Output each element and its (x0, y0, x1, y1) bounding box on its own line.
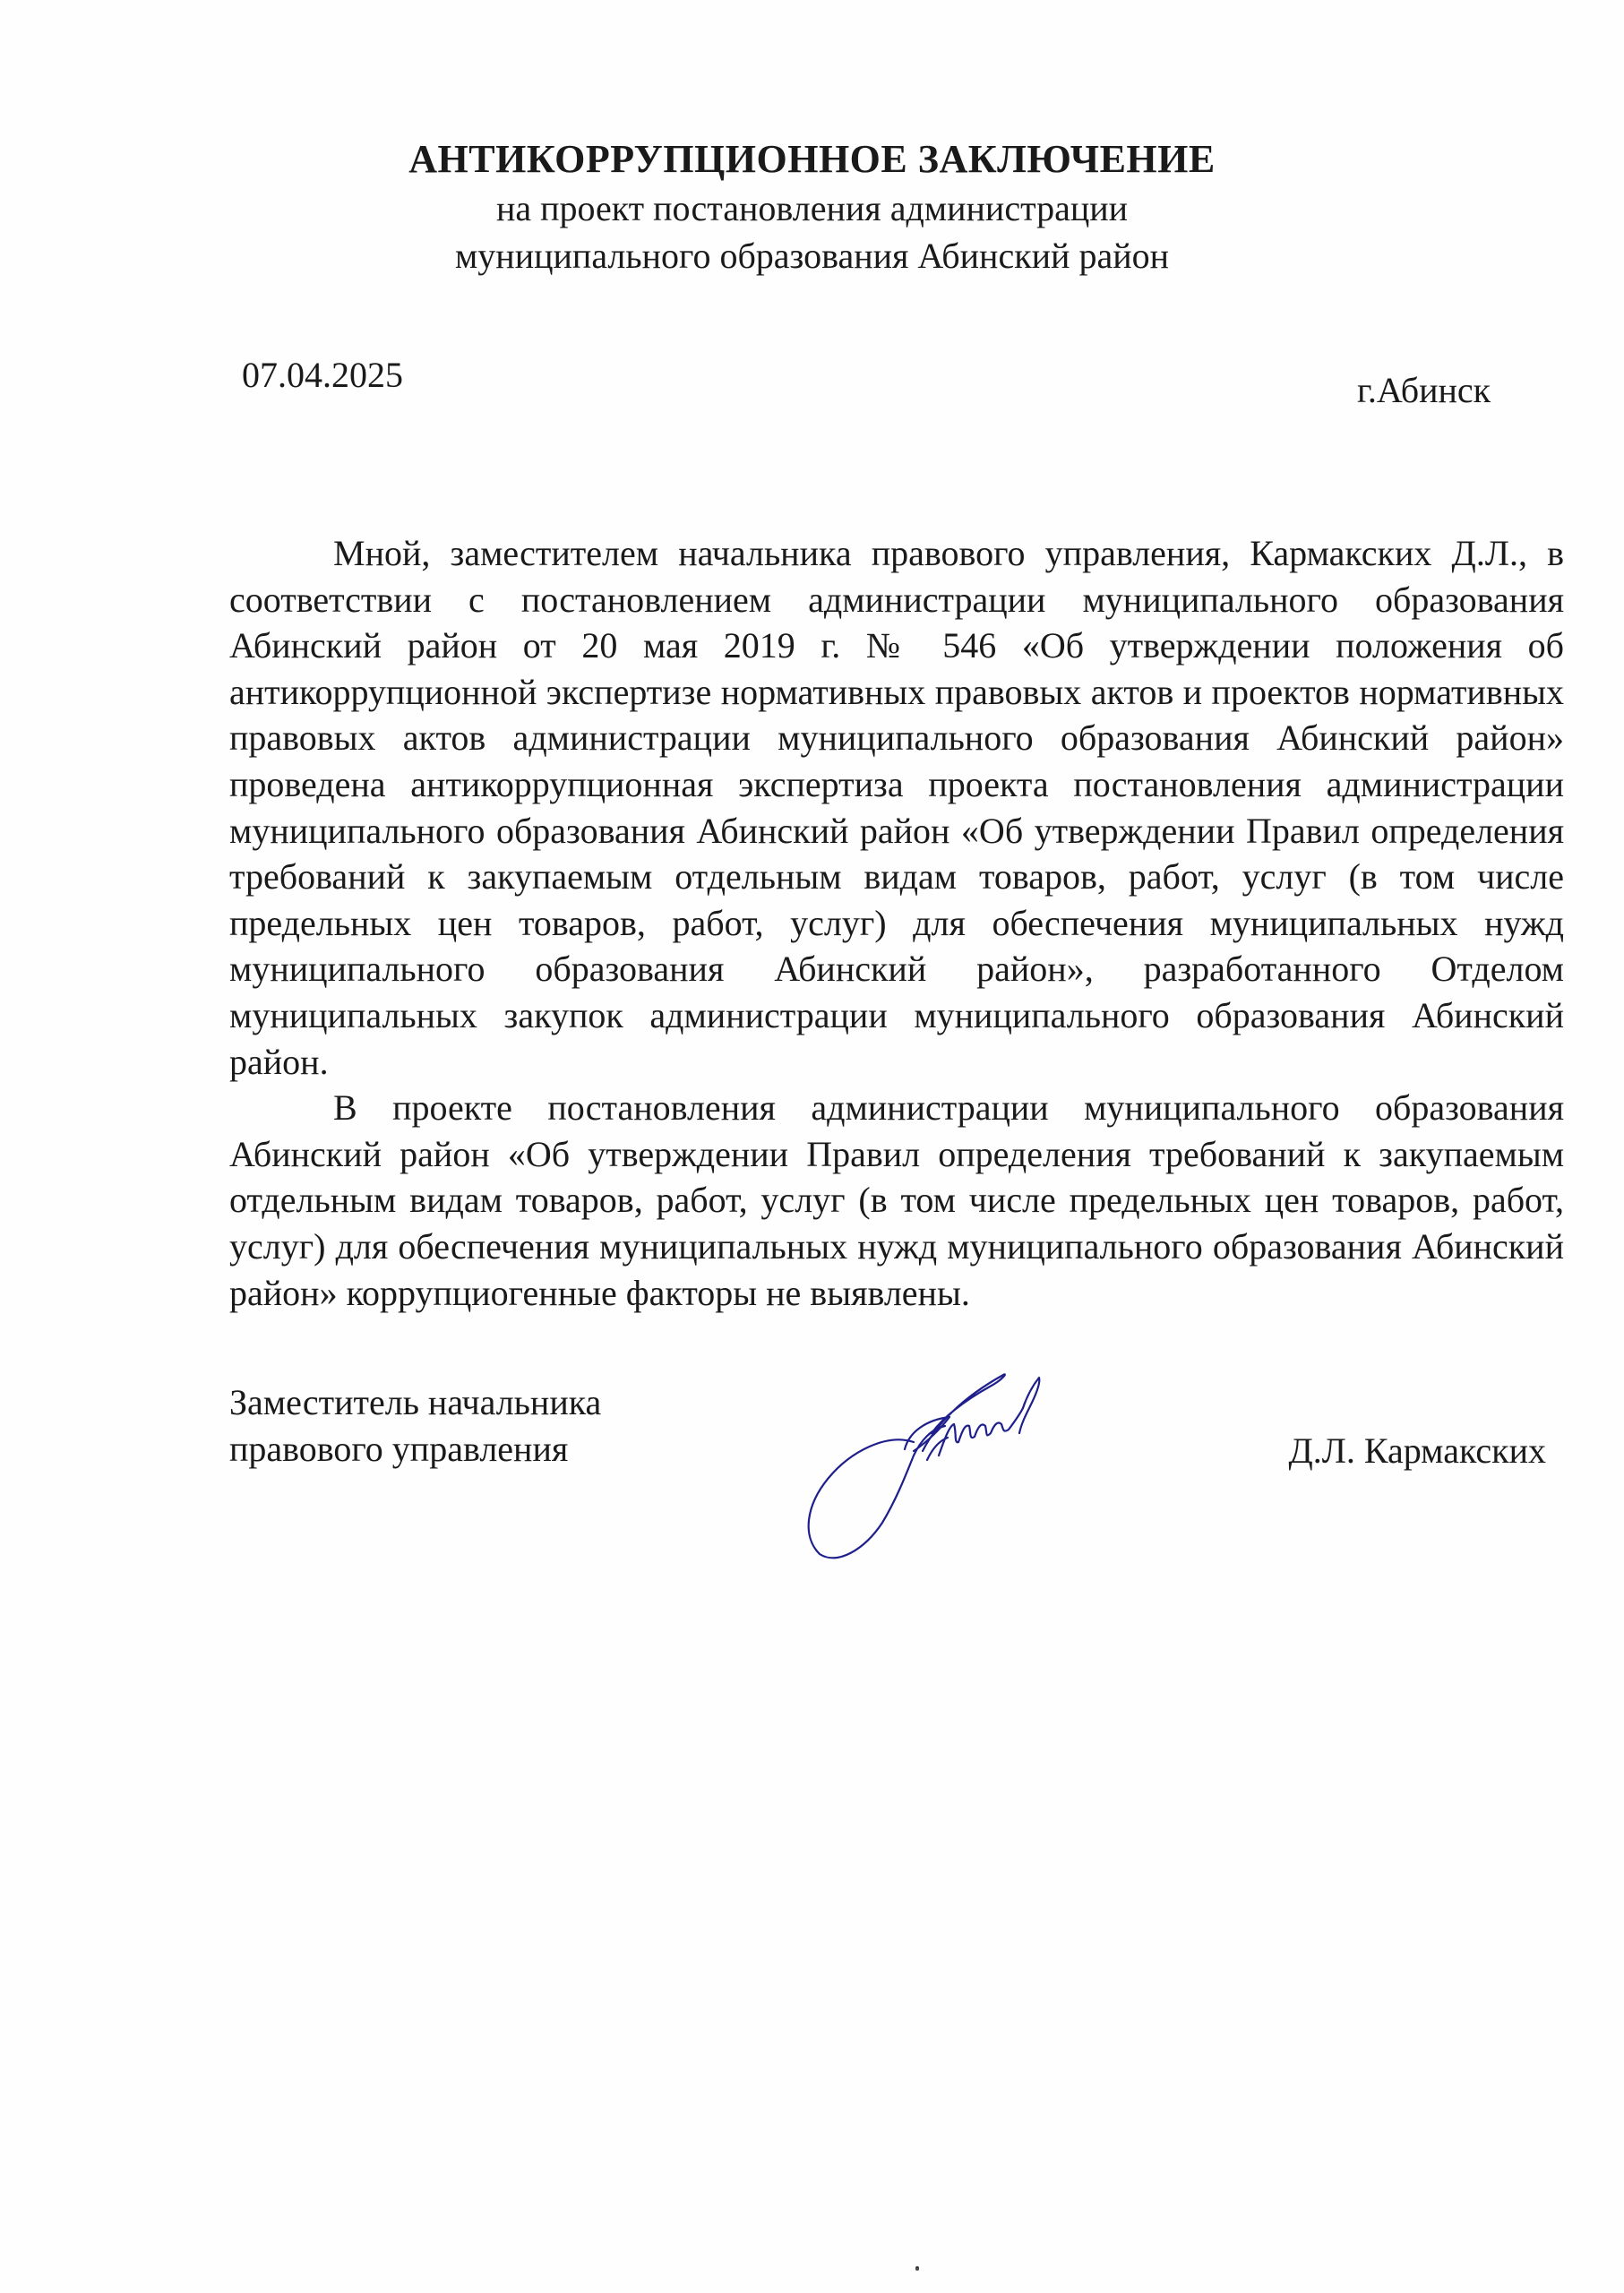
body-paragraph: Мной, заместителем начальника правового … (229, 530, 1564, 1085)
document-city: г.Абинск (1357, 369, 1491, 411)
scan-artifact (915, 2266, 919, 2271)
signatory-name: Д.Л. Кармакских (1288, 1428, 1546, 1474)
signature-block: Заместитель начальника правового управле… (229, 1379, 1564, 1559)
document-subtitle-line1: на проект постановления администрации (0, 185, 1624, 232)
document-date: 07.04.2025 (242, 354, 403, 396)
handwritten-signature-icon (779, 1344, 1066, 1567)
document-page: АНТИКОРРУПЦИОННОЕ ЗАКЛЮЧЕНИЕ на проект п… (0, 0, 1624, 2293)
signatory-position: Заместитель начальника правового управле… (229, 1379, 601, 1473)
signatory-position-line1: Заместитель начальника (229, 1379, 601, 1426)
signatory-position-line2: правового управления (229, 1426, 601, 1473)
body-paragraph: В проекте постановления администрации му… (229, 1085, 1564, 1316)
document-title: АНТИКОРРУПЦИОННОЕ ЗАКЛЮЧЕНИЕ (0, 134, 1624, 185)
document-body: Мной, заместителем начальника правового … (229, 530, 1564, 1316)
document-header: АНТИКОРРУПЦИОННОЕ ЗАКЛЮЧЕНИЕ на проект п… (0, 134, 1624, 279)
document-subtitle-line2: муниципального образования Абинский райо… (0, 232, 1624, 279)
